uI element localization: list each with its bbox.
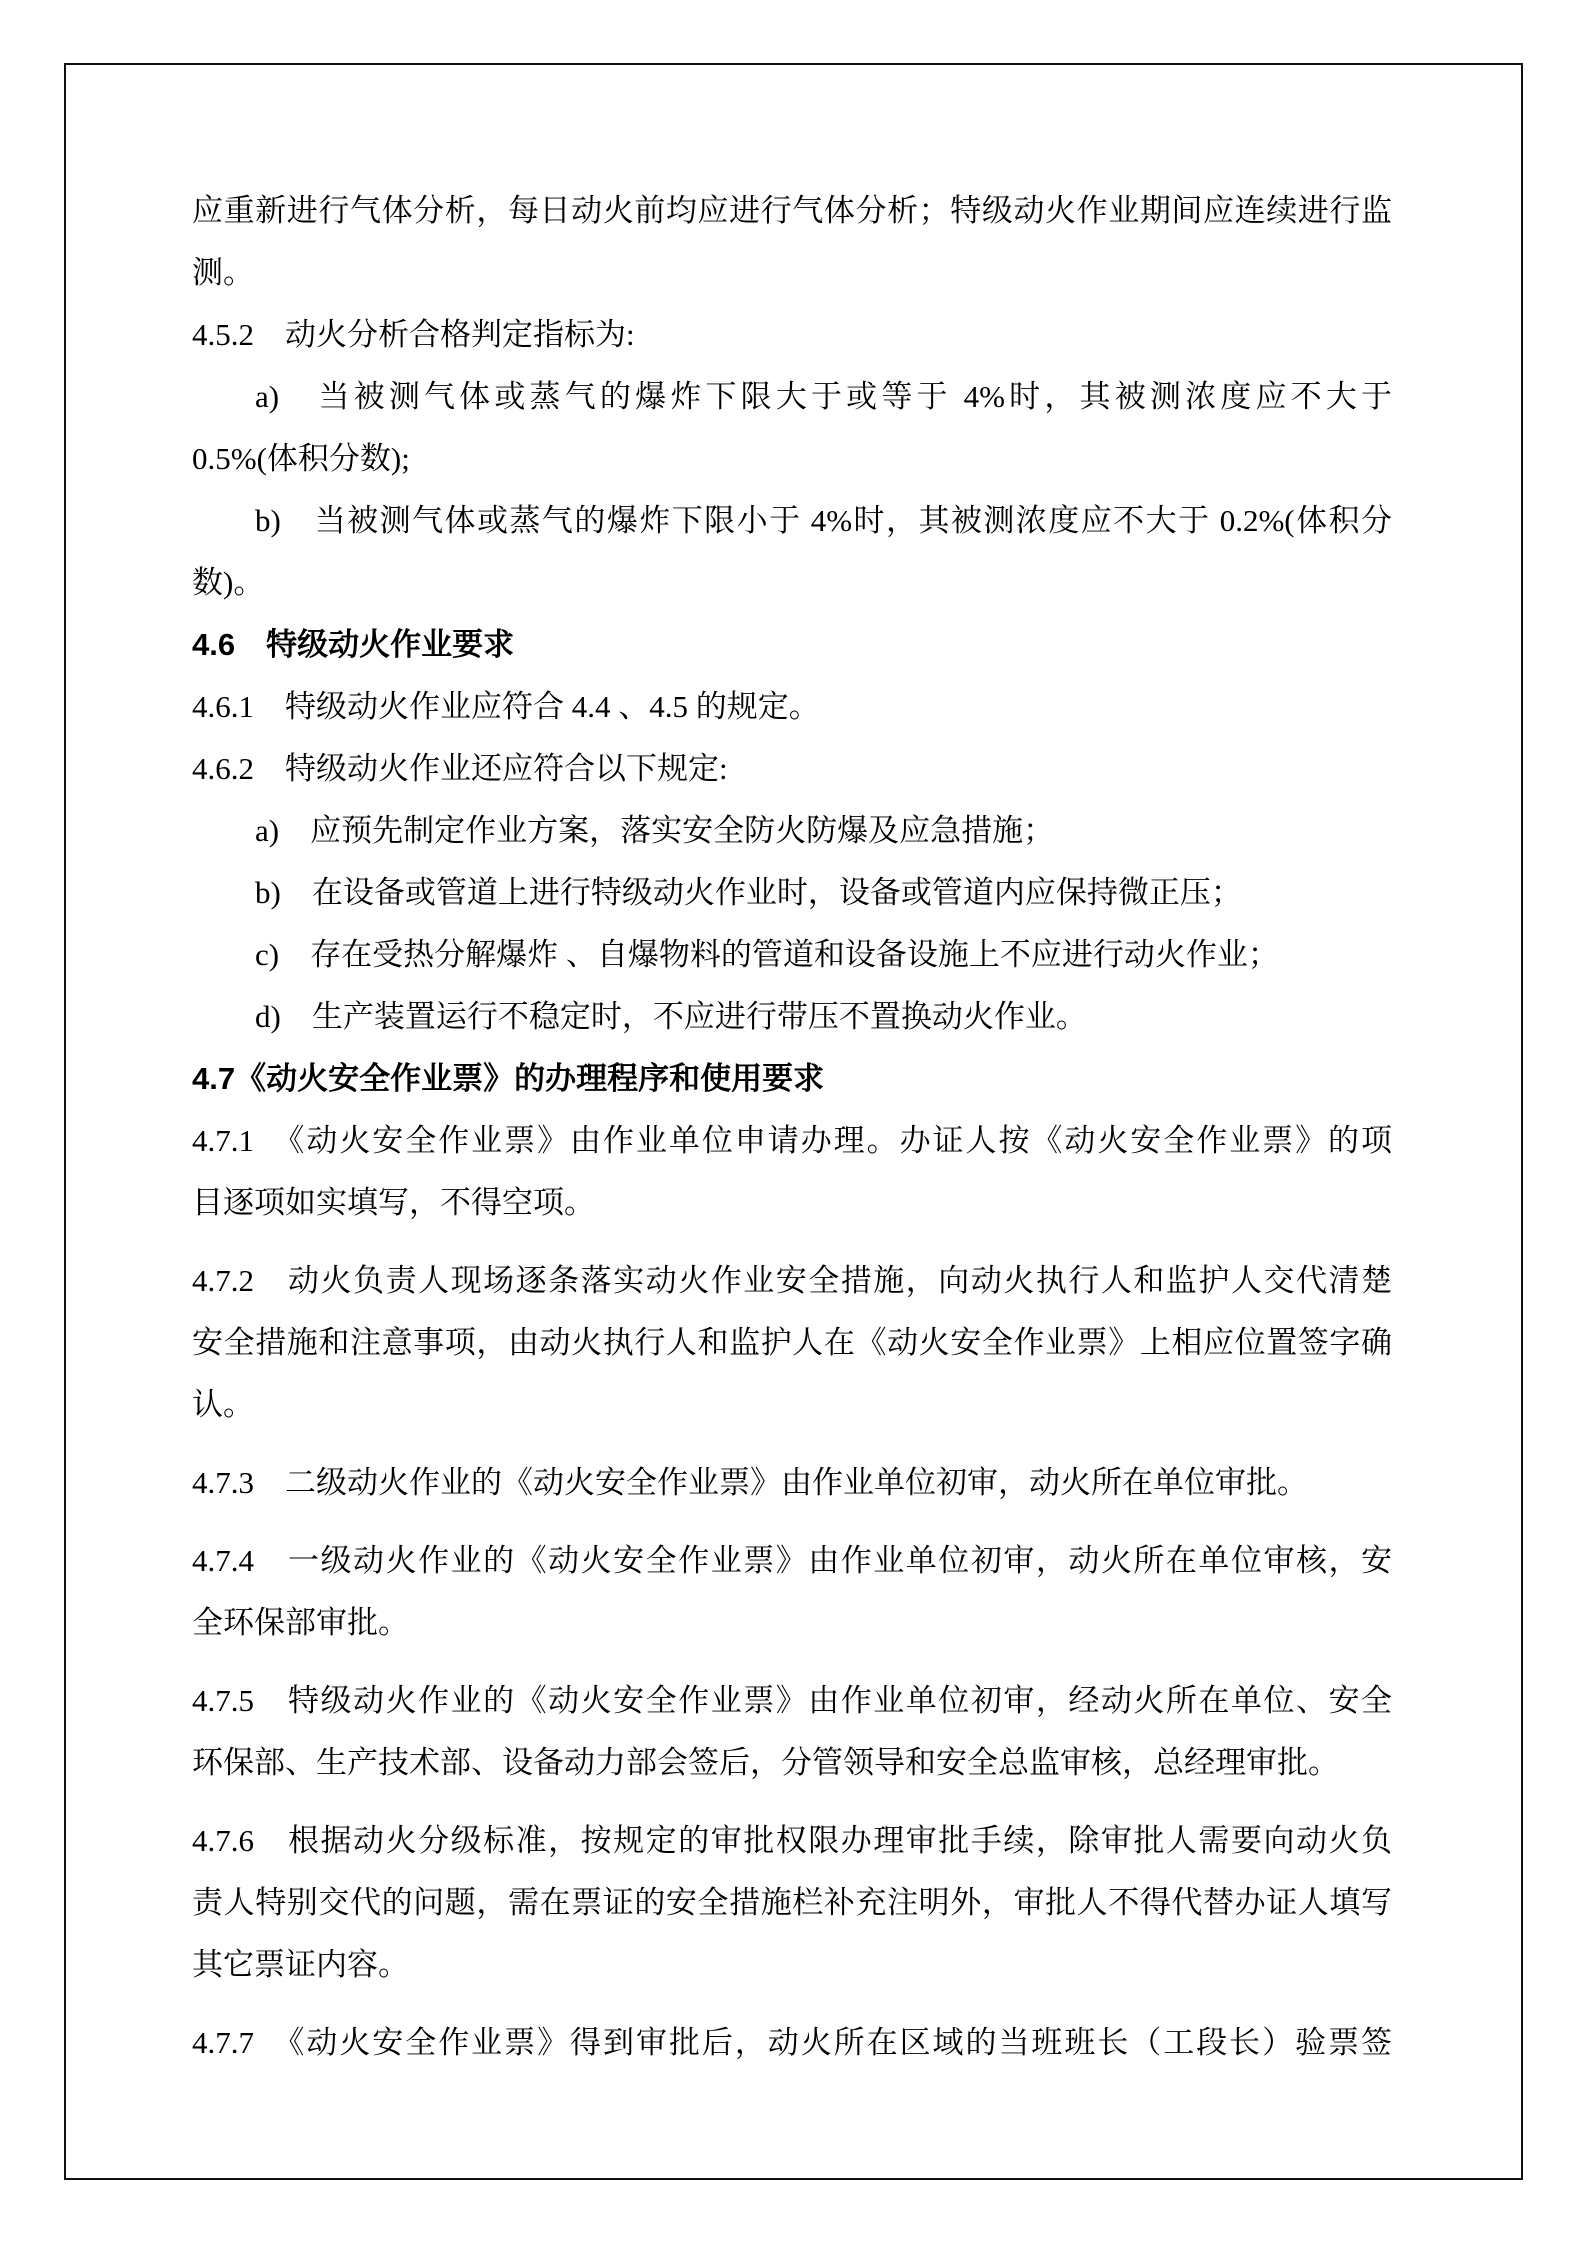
clause-4-5-1-continuation-line-1: 应重新进行气体分析，每日动火前均应进行气体分析；特级动火作业期间应连续进行监 xyxy=(192,180,1392,242)
clause-4-7-2-line-1: 4.7.2 动火负责人现场逐条落实动火作业安全措施，向动火执行人和监护人交代清楚 xyxy=(192,1250,1392,1312)
clause-4-7-4-line-2: 全环保部审批。 xyxy=(192,1592,1392,1654)
section-4-7-heading: 4.7《动火安全作业票》的办理程序和使用要求 xyxy=(192,1048,1392,1110)
clause-4-6-1: 4.6.1 特级动火作业应符合 4.4 、4.5 的规定。 xyxy=(192,676,1392,738)
clause-4-7-1-line-1: 4.7.1 《动火安全作业票》由作业单位申请办理。办证人按《动火安全作业票》的项 xyxy=(192,1110,1392,1172)
list-item-b-analysis-line-2: 数)。 xyxy=(192,552,1392,614)
list-item-a-analysis-line-1: a) 当被测气体或蒸气的爆炸下限大于或等于 4%时，其被测浓度应不大于 xyxy=(192,366,1392,428)
clause-4-7-2-line-2: 安全措施和注意事项，由动火执行人和监护人在《动火安全作业票》上相应位置签字确 xyxy=(192,1312,1392,1374)
clause-4-7-3: 4.7.3 二级动火作业的《动火安全作业票》由作业单位初审，动火所在单位审批。 xyxy=(192,1452,1392,1514)
list-item-b-analysis-line-1: b) 当被测气体或蒸气的爆炸下限小于 4%时，其被测浓度应不大于 0.2%(体积… xyxy=(192,490,1392,552)
clause-4-7-1-line-2: 目逐项如实填写，不得空项。 xyxy=(192,1172,1392,1234)
clause-4-5-1-continuation-line-2: 测。 xyxy=(192,242,1392,304)
clause-4-5-2: 4.5.2 动火分析合格判定指标为: xyxy=(192,304,1392,366)
list-item-c-special-hotwork: c) 存在受热分解爆炸 、自爆物料的管道和设备设施上不应进行动火作业； xyxy=(192,924,1392,986)
page-border: 应重新进行气体分析，每日动火前均应进行气体分析；特级动火作业期间应连续进行监 测… xyxy=(64,63,1523,2180)
clause-4-7-7: 4.7.7 《动火安全作业票》得到审批后，动火所在区域的当班班长（工段长）验票签 xyxy=(192,2012,1392,2074)
document-content: 应重新进行气体分析，每日动火前均应进行气体分析；特级动火作业期间应连续进行监 测… xyxy=(192,180,1392,2074)
clause-4-6-2: 4.6.2 特级动火作业还应符合以下规定: xyxy=(192,738,1392,800)
clause-4-7-5-line-1: 4.7.5 特级动火作业的《动火安全作业票》由作业单位初审，经动火所在单位、安全 xyxy=(192,1670,1392,1732)
list-item-d-special-hotwork: d) 生产装置运行不稳定时，不应进行带压不置换动火作业。 xyxy=(192,986,1392,1048)
clause-4-7-6-line-3: 其它票证内容。 xyxy=(192,1934,1392,1996)
clause-4-7-6-line-2: 责人特别交代的问题，需在票证的安全措施栏补充注明外，审批人不得代替办证人填写 xyxy=(192,1872,1392,1934)
document-page: { "document": { "lines": [ "应重新进行气体分析，每日… xyxy=(0,0,1586,2245)
clause-4-7-6-line-1: 4.7.6 根据动火分级标准，按规定的审批权限办理审批手续，除审批人需要向动火负 xyxy=(192,1810,1392,1872)
clause-4-7-2-line-3: 认。 xyxy=(192,1374,1392,1436)
list-item-a-analysis-line-2: 0.5%(体积分数); xyxy=(192,428,1392,490)
clause-4-7-5-line-2: 环保部、生产技术部、设备动力部会签后，分管领导和安全总监审核，总经理审批。 xyxy=(192,1732,1392,1794)
clause-4-7-4-line-1: 4.7.4 一级动火作业的《动火安全作业票》由作业单位初审，动火所在单位审核，安 xyxy=(192,1530,1392,1592)
section-4-6-heading: 4.6 特级动火作业要求 xyxy=(192,614,1392,676)
list-item-b-special-hotwork: b) 在设备或管道上进行特级动火作业时，设备或管道内应保持微正压； xyxy=(192,862,1392,924)
list-item-a-special-hotwork: a) 应预先制定作业方案，落实安全防火防爆及应急措施； xyxy=(192,800,1392,862)
